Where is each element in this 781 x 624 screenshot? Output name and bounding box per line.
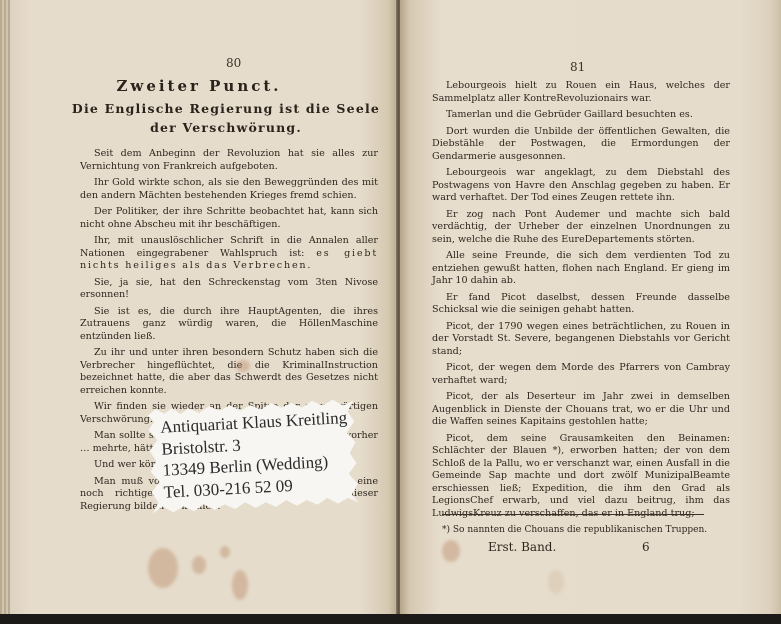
body-text: Lebourgeois hielt zu Rouen ein Haus, wel… (432, 80, 730, 524)
paragraph: Er zog nach Pont Audemer und machte sich… (432, 209, 730, 247)
signature-number: 6 (642, 540, 650, 554)
footnote: *) So nannten die Chouans die republikan… (442, 525, 742, 535)
background-surface (0, 614, 781, 624)
section-heading: Zweiter Punct. (0, 77, 398, 95)
subheading-line: der Verschwörung. (70, 118, 382, 137)
paragraph: Tamerlan und die Gebrüder Gaillard besuc… (432, 109, 730, 122)
book-spread: 80 Zweiter Punct. Die Englische Regierun… (0, 0, 781, 616)
paragraph: Ihr, mit unauslöschlicher Schrift in die… (80, 235, 378, 273)
stain (236, 360, 250, 372)
seller-label-sticker: Antiquariat Klaus Kreitling Bristolstr. … (147, 399, 358, 514)
stain (192, 556, 206, 574)
paragraph: Sie, ja sie, hat den Schreckenstag vom 3… (80, 277, 378, 302)
paragraph: Zu ihr und unter ihren besondern Schutz … (80, 347, 378, 397)
stain (548, 570, 564, 594)
right-page: 81 Lebourgeois hielt zu Rouen ein Haus, … (400, 0, 781, 614)
page-number: 80 (226, 56, 241, 70)
paragraph: Der Politiker, der ihre Schritte beobach… (80, 206, 378, 231)
seller-label-text: Antiquariat Klaus Kreitling Bristolstr. … (160, 407, 351, 503)
paragraph: Lebourgeois hielt zu Rouen ein Haus, wel… (432, 80, 730, 105)
paragraph: Seit dem Anbeginn der Revoluzion hat sie… (80, 148, 378, 173)
left-page: 80 Zweiter Punct. Die Englische Regierun… (0, 0, 398, 614)
paragraph: Dort wurden die Unbilde der öffentlichen… (432, 126, 730, 164)
subheading-line: Die Englische Regierung ist die Seele (70, 99, 382, 118)
stain (442, 540, 460, 562)
paragraph: Picot, dem seine Grausamkeiten den Beina… (432, 433, 730, 521)
page-number: 81 (570, 60, 585, 74)
paragraph: Alle seine Freunde, die sich dem verdien… (432, 250, 730, 288)
paragraph: Sie ist es, die durch ihre HauptAgenten,… (80, 306, 378, 344)
signature-mark: Erst. Band. (488, 540, 556, 554)
stain (220, 546, 230, 558)
stain (232, 570, 248, 600)
paragraph: Picot, der wegen dem Morde des Pfarrers … (432, 362, 730, 387)
section-subheading: Die Englische Regierung ist die Seele de… (70, 99, 382, 137)
paragraph: Er fand Picot daselbst, dessen Freunde d… (432, 292, 730, 317)
paragraph: Picot, der als Deserteur im Jahr zwei in… (432, 391, 730, 429)
footnote-rule (442, 514, 704, 515)
paragraph: Picot, der 1790 wegen eines beträchtlich… (432, 321, 730, 359)
paragraph: Lebourgeois war angeklagt, zu dem Diebst… (432, 167, 730, 205)
paragraph: Ihr Gold wirkte schon, als sie den Beweg… (80, 177, 378, 202)
stain (148, 548, 178, 588)
